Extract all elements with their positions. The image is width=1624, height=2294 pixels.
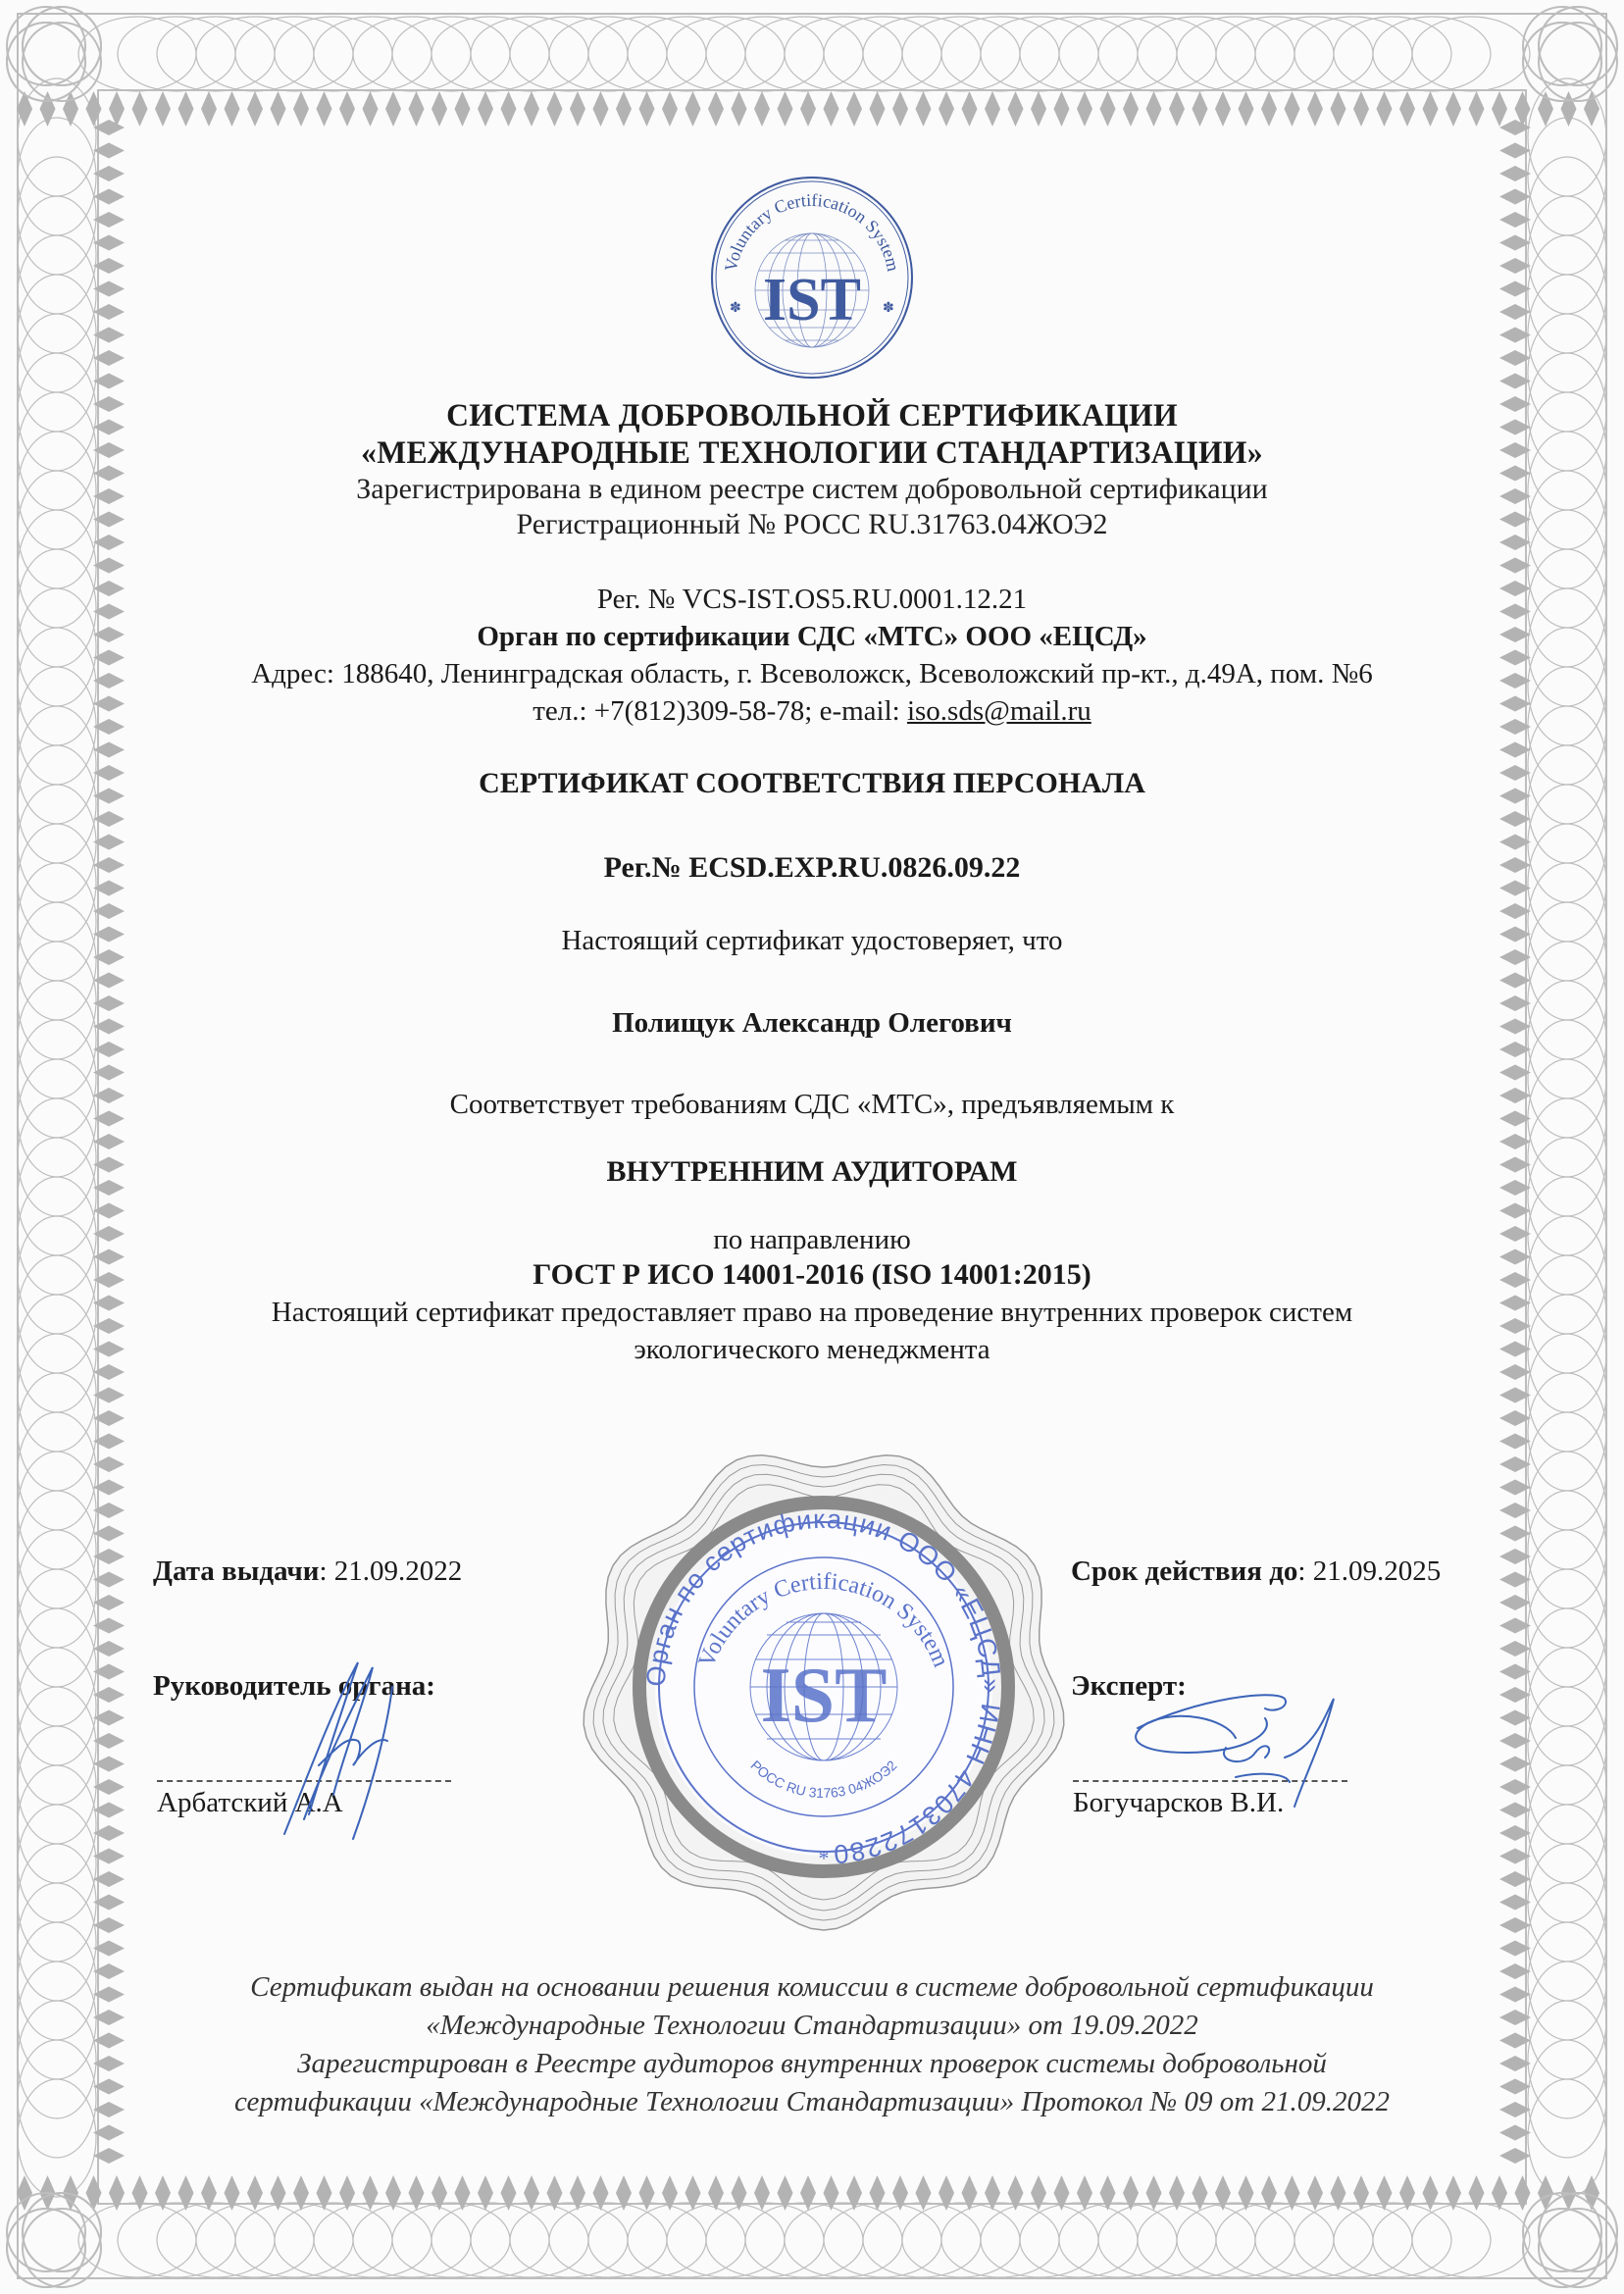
valid-until-value: 21.09.2025 <box>1313 1555 1442 1587</box>
svg-text:IST: IST <box>763 267 861 333</box>
certification-seal-icon: IST Орган по сертификации ООО «ЕЦСД» ИНН… <box>579 1442 1069 1932</box>
expert-signature-icon <box>1118 1679 1344 1816</box>
footer-line4: сертификации «Международные Технологии С… <box>0 2083 1624 2121</box>
svg-text:✽: ✽ <box>883 301 894 316</box>
valid-until-block: Срок действия до: 21.09.2025 <box>1071 1555 1441 1588</box>
body-contacts: тел.: +7(812)309-58-78; e-mail: iso.sds@… <box>0 692 1624 730</box>
system-header: СИСТЕМА ДОБРОВОЛЬНОЙ СЕРТИФИКАЦИИ «МЕЖДУ… <box>0 397 1624 542</box>
certification-body: Рег. № VCS-IST.OS5.RU.0001.12.21 Орган п… <box>0 581 1624 730</box>
system-registration-number: Регистрационный № РОСС RU.31763.04ЖОЭ2 <box>0 507 1624 542</box>
issue-date-value: 21.09.2022 <box>334 1555 463 1587</box>
svg-text:IST: IST <box>761 1653 888 1739</box>
direction-label: по направлению <box>0 1224 1624 1256</box>
rights-text-line1: Настоящий сертификат предоставляет право… <box>0 1297 1624 1329</box>
complies-text: Соответствует требованиям СДС «МТС», пре… <box>0 1089 1624 1121</box>
body-org-name: Орган по сертификации СДС «МТС» ООО «ЕЦС… <box>0 618 1624 655</box>
head-signature-icon <box>265 1648 422 1844</box>
system-title-line2: «МЕЖДУНАРОДНЫЕ ТЕХНОЛОГИИ СТАНДАРТИЗАЦИИ… <box>32 434 1592 472</box>
registered-text: Зарегистрирована в едином реестре систем… <box>0 472 1624 507</box>
rights-text-line2: экологического менеджмента <box>0 1334 1624 1366</box>
certificate-title: СЕРТИФИКАТ СООТВЕТСТВИЯ ПЕРСОНАЛА <box>0 767 1624 800</box>
body-address: Адрес: 188640, Ленинградская область, г.… <box>0 655 1624 692</box>
role-title: ВНУТРЕННИМ АУДИТОРАМ <box>0 1155 1624 1189</box>
certificate-reg-number: Рег.№ ECSD.EXP.RU.0826.09.22 <box>0 851 1624 885</box>
ist-logo-icon: IST Voluntary Certification System ✽ ✽ <box>704 175 920 381</box>
svg-text:Voluntary Certification System: Voluntary Certification System <box>721 190 903 274</box>
standard-title: ГОСТ Р ИСО 14001-2016 (ISO 14001:2015) <box>0 1258 1624 1292</box>
svg-text:✽: ✽ <box>730 301 741 316</box>
body-reg-number: Рег. № VCS-IST.OS5.RU.0001.12.21 <box>0 581 1624 618</box>
system-title-line1: СИСТЕМА ДОБРОВОЛЬНОЙ СЕРТИФИКАЦИИ <box>32 397 1592 434</box>
svg-text:*: * <box>819 1846 830 1870</box>
issue-date-block: Дата выдачи: 21.09.2022 <box>153 1555 462 1588</box>
footer-line1: Сертификат выдан на основании решения ко… <box>0 1968 1624 2007</box>
certificate-page: IST Voluntary Certification System ✽ ✽ С… <box>0 0 1624 2294</box>
holder-name: Полищук Александр Олегович <box>0 1007 1624 1040</box>
valid-until-label: Срок действия до <box>1071 1555 1297 1587</box>
email-link[interactable]: iso.sds@mail.ru <box>907 695 1091 727</box>
footer-notes: Сертификат выдан на основании решения ко… <box>0 1968 1624 2121</box>
certifies-text: Настоящий сертификат удостоверяет, что <box>0 925 1624 957</box>
footer-line2: «Международные Технологии Стандартизации… <box>0 2007 1624 2045</box>
issue-date-label: Дата выдачи <box>153 1555 319 1587</box>
footer-line3: Зарегистрирован в Реестре аудиторов внут… <box>0 2045 1624 2083</box>
phone-text: тел.: +7(812)309-58-78; e-mail: <box>533 695 907 727</box>
